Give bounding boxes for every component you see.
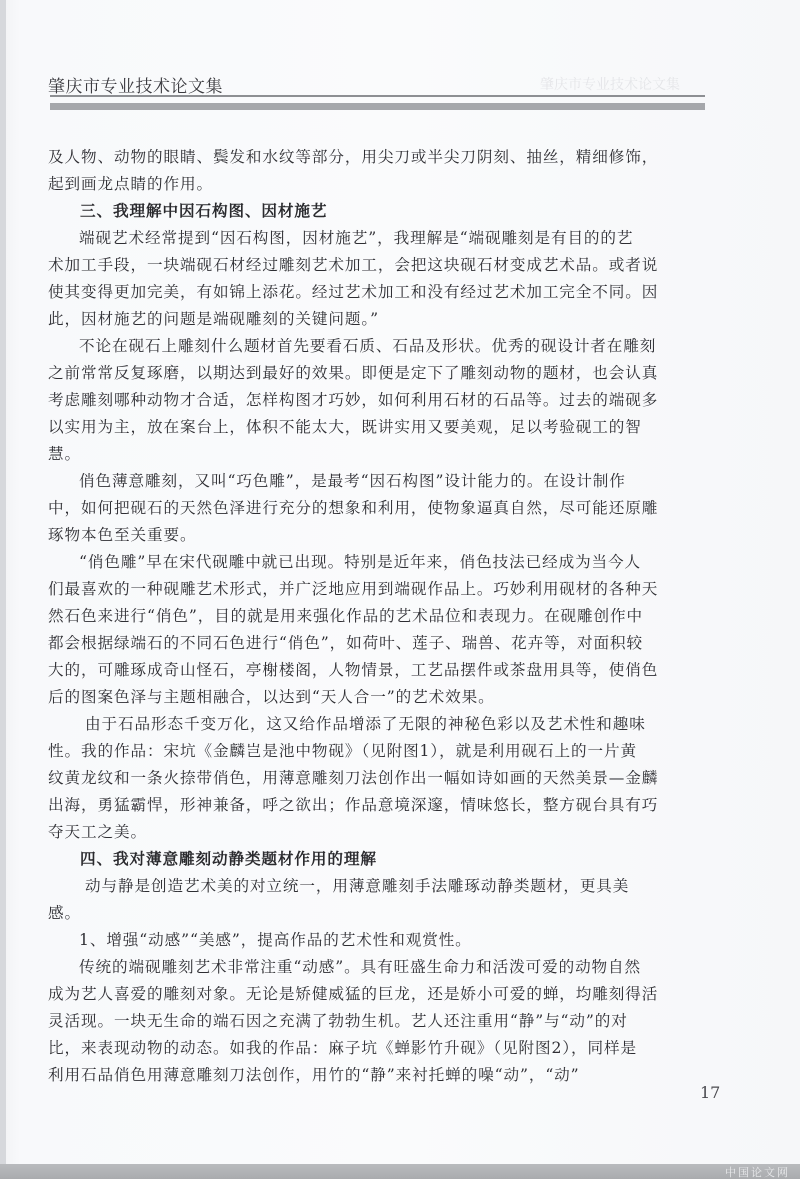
text-line: 使其变得更加完美，有如锦上添花。经过艺术加工和没有经过艺术加工完全不同。因 [48, 279, 716, 306]
header-rule-thin [50, 95, 705, 97]
section-heading: 四、我对薄意雕刻动静类题材作用的理解 [48, 846, 716, 873]
text-line: 成为艺人喜爱的雕刻对象。无论是矫健威猛的巨龙，还是娇小可爱的蝉，均雕刻得活 [48, 981, 716, 1008]
text-line: 感。 [48, 900, 716, 927]
text-line: 中，如何把砚石的天然色泽进行充分的想象和利用，使物象逼真自然，尽可能还原雕 [48, 495, 716, 522]
text-line: 之前常常反复琢磨，以期达到最好的效果。即便是定下了雕刻动物的题材，也会认真 [48, 360, 716, 387]
text-line: 及人物、动物的眼睛、鬓发和水纹等部分，用尖刀或半尖刀阴刻、抽丝，精细修饰， [48, 144, 716, 171]
section-heading: 三、我理解中因石构图、因材施艺 [48, 198, 716, 225]
text-line: 大的，可雕琢成奇山怪石，亭榭楼阁，人物情景，工艺品摆件或茶盘用具等，使俏色 [48, 657, 716, 684]
text-line: 1、增强“动感”“美感”，提高作品的艺术性和观赏性。 [48, 927, 716, 954]
page-number: 17 [700, 1083, 720, 1102]
text-line: 动与静是创造艺术美的对立统一，用薄意雕刻手法雕琢动静类题材，更具美 [48, 873, 716, 900]
header-rule-thick [50, 103, 705, 110]
text-line: 由于石品形态千变万化，这又给作品增添了无限的神秘色彩以及艺术性和趣味 [48, 711, 716, 738]
scan-bottom-edge [0, 1164, 800, 1179]
text-line: 都会根据绿端石的不同石色进行“俏色”，如荷叶、莲子、瑞兽、花卉等，对面积较 [48, 630, 716, 657]
text-line: 性。我的作品：宋坑《金麟岂是池中物砚》（见附图1），就是利用砚石上的一片黄 [48, 738, 716, 765]
text-line: 后的图案色泽与主题相融合，以达到“天人合一”的艺术效果。 [48, 684, 716, 711]
text-line: 考虑雕刻哪种动物才合适，怎样构图才巧妙，如何利用石材的石品等。过去的端砚多 [48, 387, 716, 414]
text-line: 出海，勇猛霸悍，形神兼备，呼之欲出；作品意境深邃，情味悠长，整方砚台具有巧 [48, 792, 716, 819]
text-line: 利用石品俏色用薄意雕刻刀法创作，用竹的“静”来衬托蝉的噪“动”，“动” [48, 1062, 716, 1089]
text-line: “俏色雕”早在宋代砚雕中就已出现。特别是近年来，俏色技法已经成为当今人 [48, 549, 716, 576]
text-line: 琢物本色至关重要。 [48, 522, 716, 549]
text-line: 传统的端砚雕刻艺术非常注重“动感”。具有旺盛生命力和活泼可爱的动物自然 [48, 954, 716, 981]
text-line: 俏色薄意雕刻，又叫“巧色雕”，是最考“因石构图”设计能力的。在设计制作 [48, 468, 716, 495]
text-line: 夺天工之美。 [48, 819, 716, 846]
text-line: 术加工手段，一块端砚石材经过雕刻艺术加工，会把这块砚石材变成艺术品。或者说 [48, 252, 716, 279]
text-line: 然石色来进行“俏色”，目的就是用来强化作品的艺术品位和表现力。在砚雕创作中 [48, 603, 716, 630]
show-through-text: 肇庆市专业技术论文集 [540, 74, 680, 94]
body-text: 及人物、动物的眼睛、鬓发和水纹等部分，用尖刀或半尖刀阴刻、抽丝，精细修饰，起到画… [48, 144, 716, 1089]
text-line: 纹黄龙纹和一条火捺带俏色，用薄意雕刻刀法创作出一幅如诗如画的天然美景—金麟 [48, 765, 716, 792]
text-line: 以实用为主，放在案台上，体积不能太大，既讲实用又要美观，足以考验砚工的智 [48, 414, 716, 441]
document-page: 肇庆市专业技术论文集 肇庆市专业技术论文集 及人物、动物的眼睛、鬓发和水纹等部分… [0, 0, 800, 1179]
text-line: 不论在砚石上雕刻什么题材首先要看石质、石品及形状。优秀的砚设计者在雕刻 [48, 333, 716, 360]
text-line: 灵活现。一块无生命的端石因之充满了勃勃生机。艺人还注重用“静”与“动”的对 [48, 1008, 716, 1035]
text-line: 此，因材施艺的问题是端砚雕刻的关键问题。” [48, 306, 716, 333]
text-line: 慧。 [48, 441, 716, 468]
text-line: 端砚艺术经常提到“因石构图，因材施艺”，我理解是“端砚雕刻是有目的的艺 [48, 225, 716, 252]
text-line: 起到画龙点睛的作用。 [48, 171, 716, 198]
page-binding-edge [0, 0, 6, 1179]
watermark: 中国论文网 [725, 1164, 790, 1179]
text-line: 比，来表现动物的动态。如我的作品：麻子坑《蝉影竹升砚》（见附图2），同样是 [48, 1035, 716, 1062]
text-line: 们最喜欢的一种砚雕艺术形式，并广泛地应用到端砚作品上。巧妙利用砚材的各种天 [48, 576, 716, 603]
running-header-title: 肇庆市专业技术论文集 [48, 72, 223, 97]
